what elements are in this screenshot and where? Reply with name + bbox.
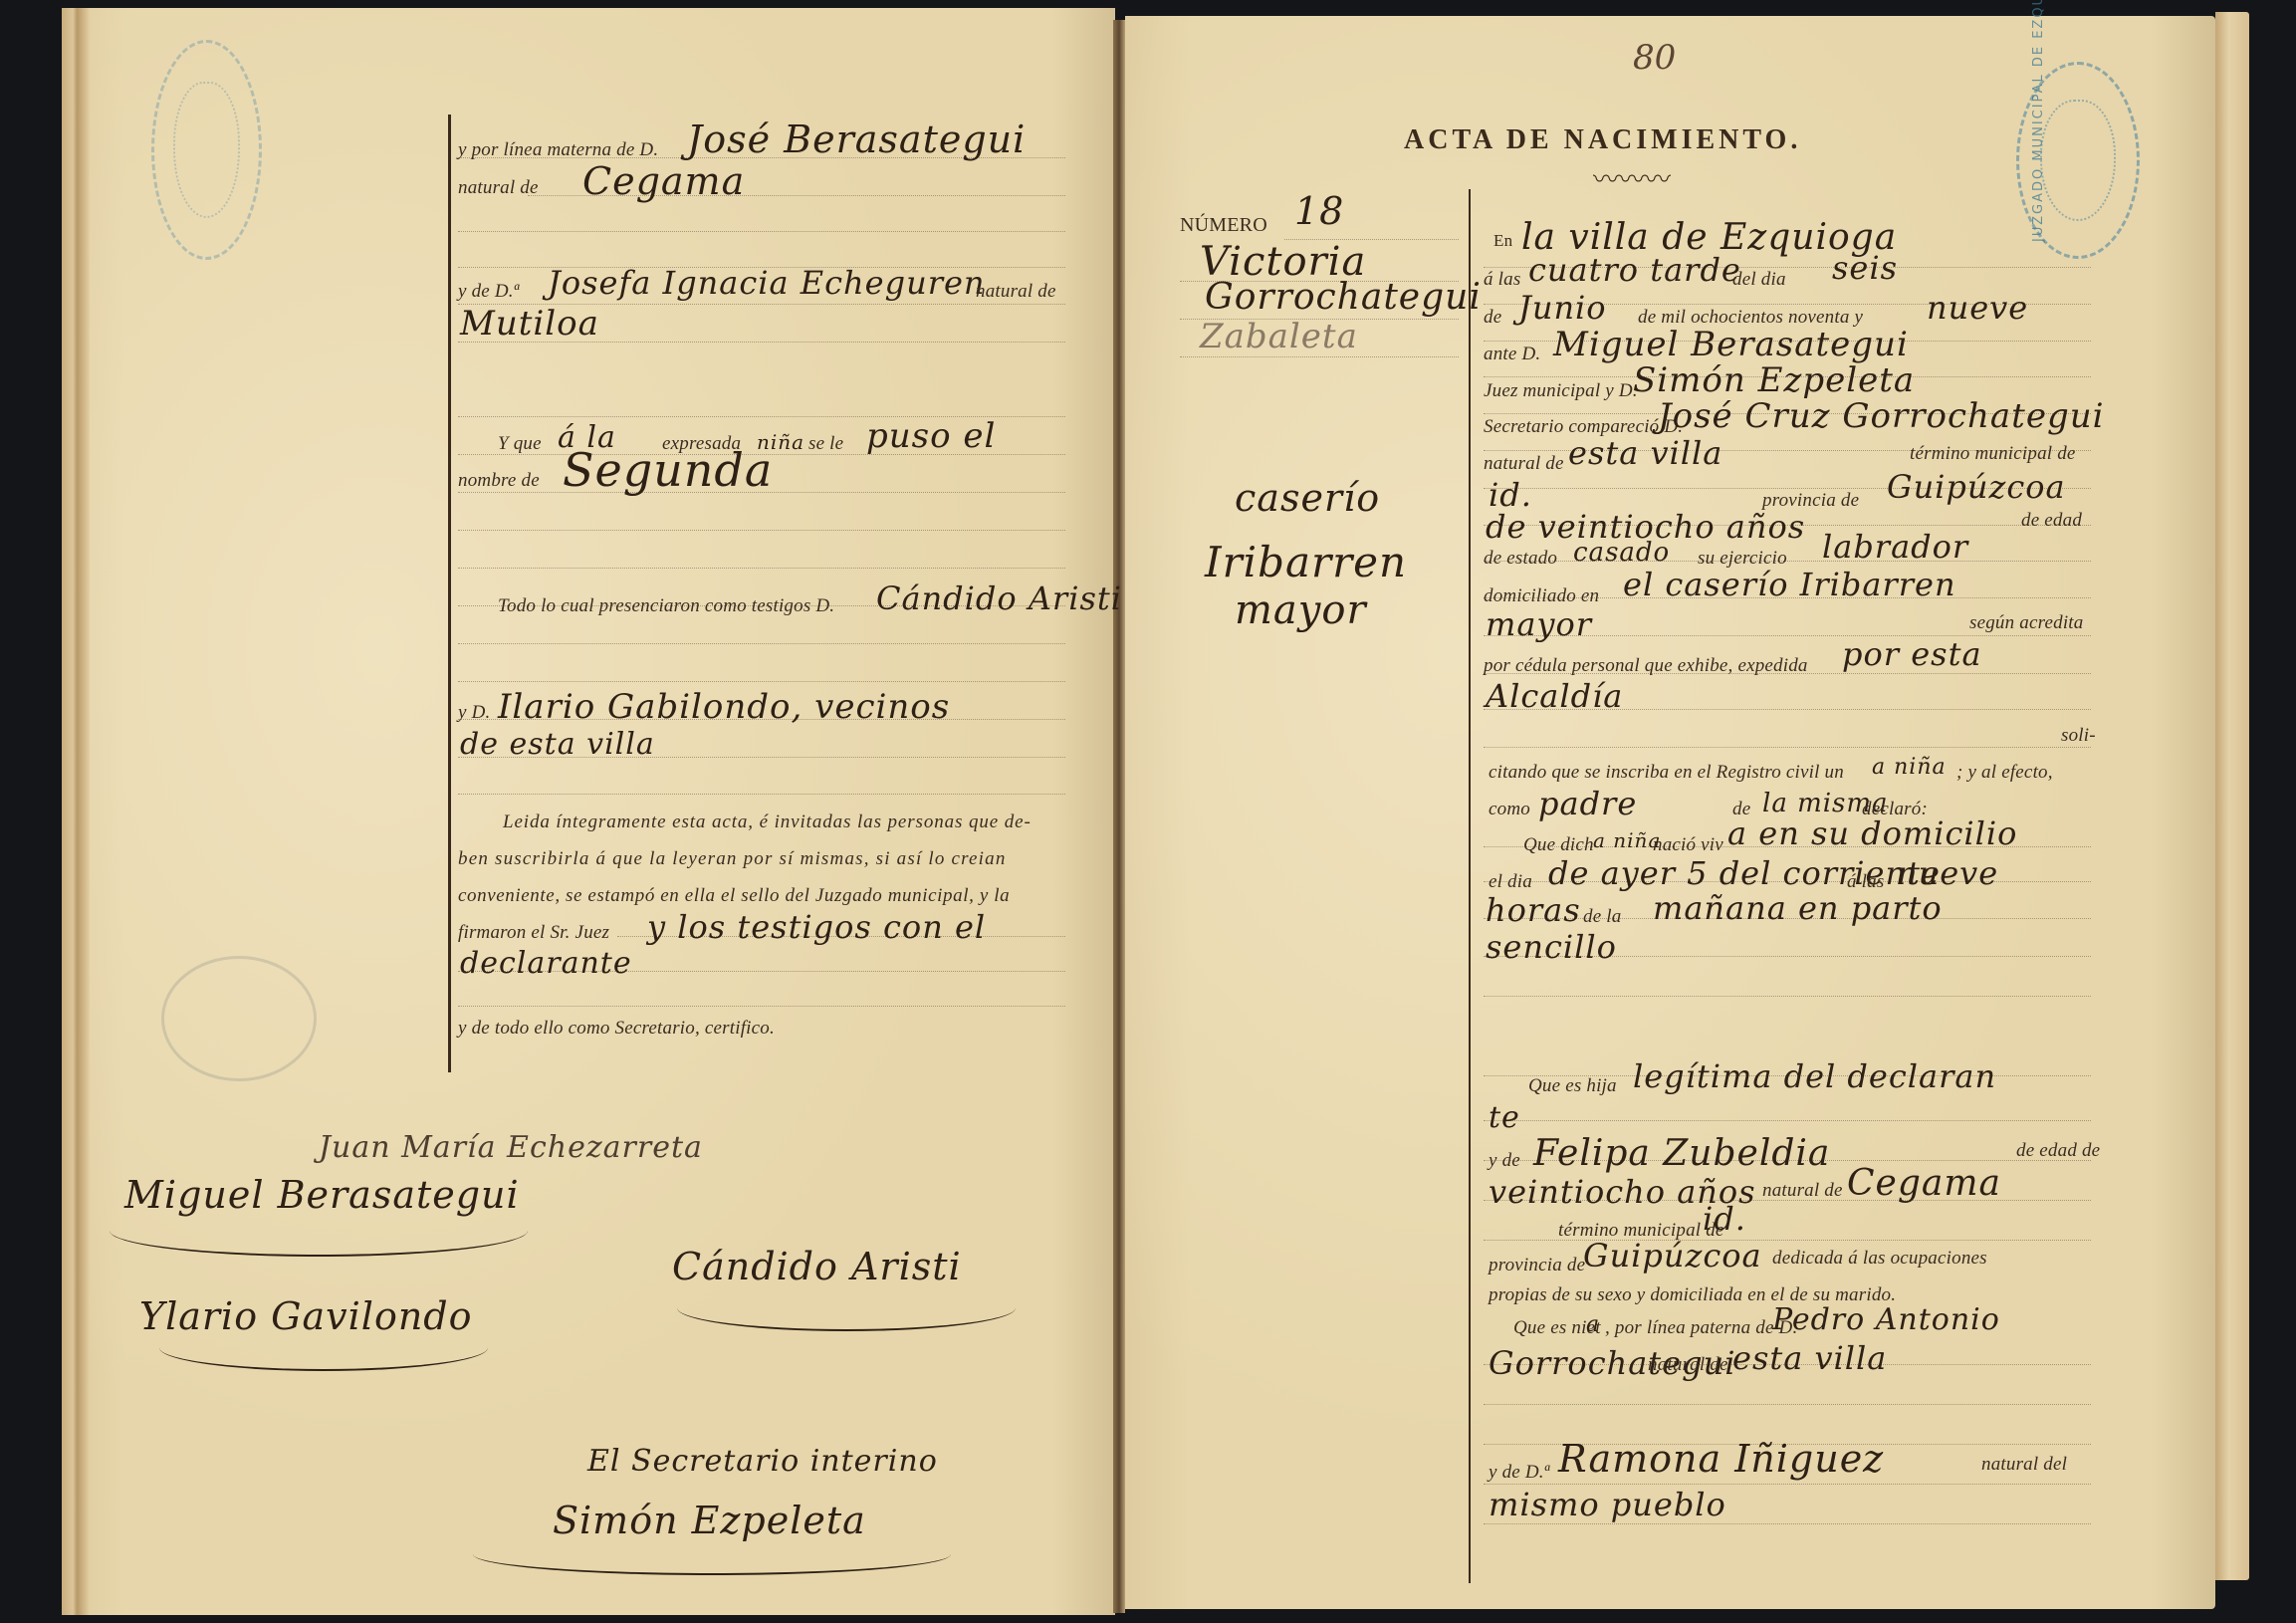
closing-text: ben suscribirla á que la leyeran por sí … [458, 848, 1007, 870]
de-label: de [1484, 307, 1501, 329]
signature-flourish [473, 1533, 951, 1575]
domicilio-cont: mayor [1486, 605, 1592, 643]
como-value: padre [1538, 785, 1637, 822]
stamp-text: JUZGADO MUNICIPAL DE EZQUIOGA [2031, 0, 2046, 242]
signature-flourish [159, 1324, 488, 1371]
page-stack-edge [2215, 12, 2249, 1580]
certify-text: y de todo ello como Secretario, certific… [458, 1018, 775, 1040]
closing-text: conveniente, se estampó en ella el sello… [458, 885, 1010, 907]
natural-de-label: natural de [976, 281, 1056, 303]
mother-ocupacion-label: dedicada á las ocupaciones [1772, 1248, 1987, 1270]
mother-natural-label: natural de [1762, 1180, 1843, 1202]
mother-provincia-label: provincia de [1489, 1255, 1585, 1276]
cedula-cont: Alcaldía [1486, 677, 1623, 715]
pg-origin: esta villa [1732, 1339, 1887, 1377]
closing-text: firmaron el Sr. Juez [458, 922, 609, 944]
mother-origin: Cegama [1847, 1163, 2001, 1204]
witness-2-cont: de esta villa [460, 727, 655, 762]
margin-note-caserio: caserío [1235, 476, 1380, 520]
cedula-value: por esta [1842, 635, 1982, 673]
paternal-grandmother: Ramona Iñiguez [1558, 1437, 1884, 1481]
declarant-name: José Cruz Gorrochategui [1658, 396, 2105, 436]
judge-name: Miguel Berasategui [1553, 325, 1909, 364]
closing-text: Leida íntegramente esta acta, é invitada… [503, 811, 1032, 833]
document-title: ACTA DE NACIMIENTO. [1404, 124, 1801, 156]
pg-natural-label: natural de [1648, 1354, 1728, 1376]
witness-2: Ilario Gabilondo, vecinos [498, 687, 950, 727]
dia-label: del dia [1732, 269, 1786, 291]
pgm-label: y de D.ª [1489, 1462, 1549, 1484]
hija-cont: te [1489, 1100, 1520, 1135]
ejercicio-value: labrador [1822, 528, 1968, 566]
maternal-grandfather: José Berasategui [687, 117, 1026, 161]
en-label: En [1493, 231, 1512, 251]
hija-label: Que es hija [1528, 1075, 1617, 1097]
cedula-label: por cédula personal que exhibe, expedida [1484, 655, 1808, 677]
mother-age-label: de edad de [2016, 1140, 2100, 1162]
edad-label: de edad [2021, 510, 2082, 532]
citando-label: citando que se inscriba en el Registro c… [1489, 762, 1844, 784]
name-label: nombre de [458, 470, 540, 492]
natural-label: natural de [1484, 453, 1564, 475]
hija-value: legítima del declaran [1633, 1057, 1996, 1095]
left-column-rule [448, 115, 451, 1072]
margin-name-surname-1: Gorrochategui [1205, 277, 1482, 318]
a-las-label: á las [1484, 269, 1520, 291]
mother-label: y de [1489, 1150, 1520, 1172]
nacio-label: nació viv [1653, 834, 1723, 856]
registration-hour: cuatro tarde [1528, 251, 1741, 289]
declarant-origin: esta villa [1568, 434, 1722, 472]
margin-name-surname-2: Zabaleta [1200, 317, 1358, 356]
stamp-top-left-faded [151, 40, 262, 260]
maternal-line-label: y por línea materna de D. [458, 139, 658, 161]
registration-day: seis [1832, 249, 1898, 287]
estado-value: casado [1573, 538, 1670, 568]
name-hw: puso el [866, 416, 996, 456]
mother-termino-value: id. [1703, 1200, 1746, 1238]
registration-month: Junio [1518, 289, 1607, 327]
closing-hw: declarante [460, 946, 632, 981]
witness-2-label: y D. [458, 702, 490, 724]
nieta-label: , por línea paterna de D. [1605, 1317, 1797, 1339]
de-la-label: de la [1583, 906, 1621, 928]
birth-hour: nueve [1897, 854, 1998, 892]
witness-1: Cándido Aristi [876, 580, 1122, 617]
margin-note-mayor: mayor [1235, 587, 1367, 633]
domicilio-label: domiciliado en [1484, 585, 1599, 607]
mother-name: Felipa Zubeldia [1533, 1133, 1830, 1174]
margin-note-iribarren: Iribarren [1205, 538, 1407, 586]
signature-witness-aristi: Cándido Aristi [672, 1245, 962, 1288]
birth-time: mañana en parto [1653, 889, 1943, 927]
nieta-hw: a [1586, 1312, 1600, 1337]
closing-hw: y los testigos con el [647, 908, 986, 946]
ante-label: ante D. [1484, 344, 1540, 365]
pgm-origin: mismo pueblo [1489, 1486, 1726, 1523]
pgm-natural-label: natural del [1981, 1454, 2067, 1476]
y-de-dna-label: y de D.ª [458, 281, 519, 303]
nacio-hw: a niña [1593, 828, 1661, 852]
termino-label: término municipal de [1910, 443, 2076, 465]
name-label: se le [808, 433, 843, 455]
paternal-grandfather: Pedro Antonio [1772, 1302, 2000, 1337]
right-column-rule [1469, 189, 1471, 1583]
title-ornament: 〰〰〰 [1593, 159, 1671, 196]
signature-echezarreta: Juan María Echezarreta [319, 1130, 703, 1165]
birth-type: sencillo [1486, 928, 1617, 966]
signature-secretary-title: El Secretario interino [587, 1444, 938, 1479]
child-name: Segunda [563, 443, 773, 497]
maternal-grandmother-origin: Mutiloa [460, 304, 599, 344]
natural-de-label: natural de [458, 177, 539, 199]
segun-label: según acredita [1969, 612, 2084, 634]
stamp-juzgado-municipal: JUZGADO MUNICIPAL DE EZQUIOGA [2016, 62, 2140, 259]
numero-label: NÚMERO [1180, 214, 1267, 237]
soli-label: soli- [2061, 725, 2096, 747]
secretary-name: Simón Ezpeleta [1633, 360, 1915, 400]
provincia-value: Guipúzcoa [1887, 468, 2066, 506]
nacio-label: Que dich [1523, 834, 1594, 856]
domicilio-value: el caserío Iribarren [1623, 566, 1956, 603]
faded-seal [161, 956, 317, 1081]
estado-label: de estado [1484, 548, 1557, 570]
maternal-grandmother: Josefa Ignacia Echeguren [548, 264, 986, 302]
efecto-label: ; y al efecto, [1956, 762, 2053, 784]
juez-label: Juez municipal y D. [1484, 380, 1638, 402]
registration-year: nueve [1927, 289, 2028, 327]
maternal-grandfather-origin: Cegama [582, 159, 745, 203]
name-label: Y que [498, 433, 542, 455]
signature-flourish [110, 1205, 528, 1257]
birth-place: a en su domicilio [1727, 814, 2017, 852]
entry-number: 18 [1294, 189, 1344, 233]
folio-number: 80 [1633, 38, 1676, 78]
book-spine [1113, 20, 1125, 1613]
mother-provincia-value: Guipúzcoa [1583, 1237, 1762, 1275]
signature-flourish [677, 1284, 1016, 1331]
birth-hour-cont: horas [1486, 891, 1581, 929]
citando-hw: a niña [1872, 755, 1947, 780]
el-dia-label: el dia [1489, 871, 1532, 893]
como-label: como [1489, 799, 1530, 820]
witness-label: Todo lo cual presenciaron como testigos … [498, 595, 834, 617]
page-edge [62, 8, 90, 1615]
